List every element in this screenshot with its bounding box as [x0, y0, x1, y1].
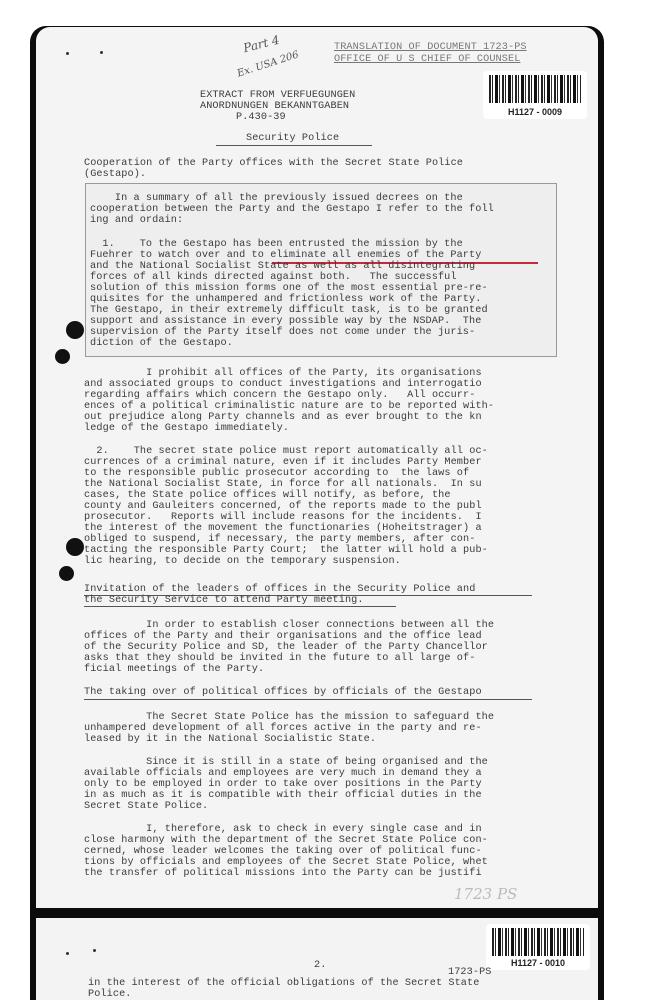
handwritten-note: Part 4 — [242, 33, 281, 55]
speck — [100, 51, 103, 54]
body-line: prosecutor. Reports will include reasons… — [84, 512, 482, 523]
boxed-line: ing and ordain: — [90, 215, 183, 226]
handwritten-footer: 1723 PS — [454, 885, 517, 903]
boxed-line: cooperation between the Party and the Ge… — [90, 204, 494, 215]
subject-line-1: Cooperation of the Party offices with th… — [84, 158, 463, 169]
document-page-1: Part 4 Ex. USA 206 TRANSLATION OF DOCUME… — [36, 27, 598, 908]
heading-invitation-line-2: the Security Service to attend Party mee… — [84, 595, 364, 606]
source-line-1: EXTRACT FROM VERFUEGUNGEN — [200, 90, 355, 101]
boxed-line: The Gestapo, in their extremely difficul… — [90, 305, 488, 316]
barcode-label: H1127 - 0009 — [483, 107, 587, 117]
body-line: the interest of the movement the functio… — [84, 523, 482, 534]
punch-hole — [66, 321, 84, 339]
office-header: OFFICE OF U S CHIEF OF COUNSEL — [334, 54, 520, 65]
body-line: county and Gauleiters concerned, of the … — [84, 501, 482, 512]
body-line: offices of the Party and their organisat… — [84, 631, 482, 642]
boxed-line: supervision of the Party itself does not… — [90, 327, 475, 338]
body-line: tacting the responsible Party Court; the… — [84, 545, 488, 556]
boxed-line: quisites for the unhampered and friction… — [90, 294, 481, 305]
barcode-0009: H1127 - 0009 — [483, 71, 587, 119]
page-number: 2. — [314, 960, 326, 971]
boxed-line: and the National Socialist State as well… — [90, 261, 475, 272]
speck — [66, 952, 69, 955]
boxed-line: support and assistance in every possible… — [90, 316, 481, 327]
body-line: regarding affairs which concern the Gest… — [84, 390, 475, 401]
heading-invitation-line-1: Invitation of the leaders of offices in … — [84, 584, 475, 595]
boxed-line: Fuehrer to watch over and to eliminate a… — [90, 250, 481, 261]
barcode-icon — [492, 928, 584, 956]
heading-takeover: The taking over of political offices by … — [84, 687, 482, 698]
body-line: In order to establish closer connections… — [84, 620, 494, 631]
body-line: unhampered development of all forces act… — [84, 723, 482, 734]
source-line-3: P.430-39 — [236, 112, 286, 123]
body-line: tions by officials and employees of the … — [84, 857, 488, 868]
body-line: obliged to suspend, if necessary, the pa… — [84, 534, 475, 545]
body-line: Since it is still in a state of being or… — [84, 757, 488, 768]
body-line: the transfer of political missions into … — [84, 868, 482, 879]
body-line: leased by it in the National Socialistic… — [84, 734, 376, 745]
body-line: I, therefore, ask to check in every sing… — [84, 824, 482, 835]
document-ref: 1723-PS — [448, 967, 492, 978]
body-line: Secret State Police. — [84, 801, 208, 812]
punch-hole — [55, 349, 70, 364]
speck — [93, 949, 96, 952]
body-line: to the responsible public prosecutor acc… — [84, 468, 469, 479]
body-line: ledge of the Gestapo immediately. — [84, 423, 289, 434]
body-line: out prejudice along Party channels and a… — [84, 412, 482, 423]
body-line: currences of a criminal nature, even if … — [84, 457, 482, 468]
body-line: The Secret State Police has the mission … — [84, 712, 494, 723]
document-page-2: H1127 - 0010 2. 1723-PS in the interest … — [36, 918, 598, 1000]
boxed-line: In a summary of all the previously issue… — [90, 193, 463, 204]
barcode-label: H1127 - 0010 — [486, 958, 590, 968]
body-line: cases, the State police offices will not… — [84, 490, 451, 501]
boxed-line: forces of all kinds directed against bot… — [90, 272, 457, 283]
section-title-underline — [216, 145, 372, 146]
punch-hole — [66, 538, 84, 556]
heading-underline — [84, 699, 532, 700]
body-line: in the interest of the official obligati… — [88, 978, 479, 989]
body-line: Police. — [88, 989, 132, 1000]
body-line: of the Security Police and SD, the leade… — [84, 642, 488, 653]
body-line: close harmony with the department of the… — [84, 835, 488, 846]
body-line: I prohibit all offices of the Party, its… — [84, 368, 482, 379]
body-line: the National Socialist State, in force f… — [84, 479, 482, 490]
subject-line-2: (Gestapo). — [84, 169, 146, 180]
body-line: in as much as it is compatible with thei… — [84, 790, 482, 801]
punch-hole — [59, 566, 74, 581]
body-line: ences of a political criminalistic natur… — [84, 401, 494, 412]
barcode-icon — [489, 75, 581, 103]
body-line: and associated groups to conduct investi… — [84, 379, 482, 390]
boxed-line: solution of this mission forms one of th… — [90, 283, 488, 294]
body-line: available officials and employees are ve… — [84, 768, 482, 779]
body-line: 2. The secret state police must report a… — [84, 446, 488, 457]
heading-underline — [84, 606, 396, 607]
body-line: cerned, whose leader welcomes the taking… — [84, 846, 482, 857]
speck — [66, 52, 69, 55]
translation-header: TRANSLATION OF DOCUMENT 1723-PS — [334, 42, 527, 53]
source-line-2: ANORDNUNGEN BEKANNTGABEN — [200, 101, 349, 112]
barcode-0010: H1127 - 0010 — [486, 924, 590, 970]
boxed-line: diction of the Gestapo. — [90, 338, 233, 349]
boxed-line: 1. To the Gestapo has been entrusted the… — [90, 239, 463, 250]
body-line: lic hearing, to decide on the temporary … — [84, 556, 401, 567]
body-line: asks that they should be invited in the … — [84, 653, 475, 664]
body-line: ficial meetings of the Party. — [84, 664, 264, 675]
section-title: Security Police — [246, 133, 339, 144]
body-line: only to be employed in order to take ove… — [84, 779, 482, 790]
